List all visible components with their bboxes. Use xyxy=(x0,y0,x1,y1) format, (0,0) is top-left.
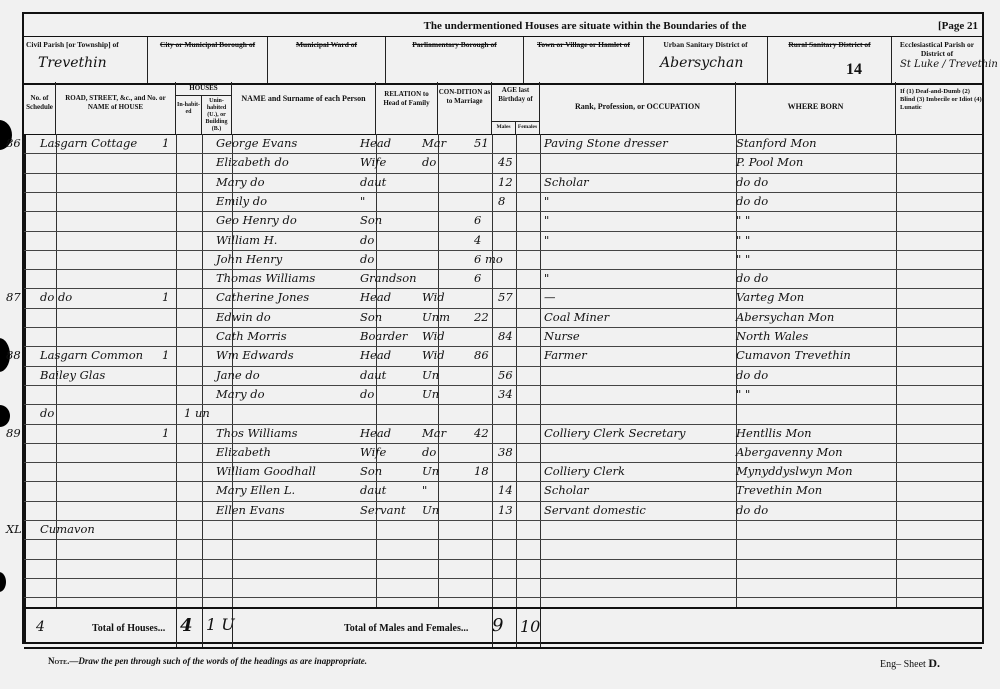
cell-relation: Son xyxy=(360,213,382,227)
parliamentary-borough-label: Parliamentary Borough of xyxy=(386,37,523,49)
cell-name: Mary do xyxy=(216,175,265,189)
cell-female-age: 8 xyxy=(498,194,505,208)
table-row: John Henrydo6 mo" " xyxy=(24,250,982,271)
cell-name: Mary Ellen L. xyxy=(216,483,295,497)
total-males: 9 xyxy=(492,615,503,636)
col-disability: If (1) Deaf-and-Dumb (2) Blind (3) Imbec… xyxy=(896,82,982,134)
col-uninhabited: Unin-habited (U.), or Building (B.) xyxy=(202,96,232,134)
cell-condition: Un xyxy=(422,503,439,517)
table-row: 86Lasgarn Cottage1George EvansHeadMar51P… xyxy=(24,134,982,155)
cell-name: William H. xyxy=(216,233,277,247)
column-headers: No. of Schedule ROAD, STREET, &c., and N… xyxy=(24,82,982,135)
cell-relation: do xyxy=(360,387,374,401)
col-relation: RELATION to Head of Family xyxy=(376,82,438,134)
cell-condition: do xyxy=(422,155,436,169)
cell-occupation: Colliery Clerk Secretary xyxy=(544,426,686,440)
cell-male-age: 86 xyxy=(474,348,489,362)
cell-name: William Goodhall xyxy=(216,464,316,478)
table-row: Edwin doSonUnm22Coal MinerAbersychan Mon xyxy=(24,308,982,329)
col-where-born: WHERE BORN xyxy=(736,82,896,134)
cell-male-age: 22 xyxy=(474,310,489,324)
cell-name: George Evans xyxy=(216,136,297,150)
cell-relation: Head xyxy=(360,290,391,304)
cell-name: Cath Morris xyxy=(216,329,287,343)
cell-born: " " xyxy=(736,252,750,266)
urban-district-label: Urban Sanitary District of xyxy=(644,37,767,49)
cell-name: Thomas Williams xyxy=(216,271,315,285)
table-row: William H.do4"" " xyxy=(24,231,982,252)
table-row: 88Lasgarn Common1Wm EdwardsHeadWid86Farm… xyxy=(24,346,982,367)
page-title: The undermentioned Houses are situate wi… xyxy=(0,20,1000,32)
cell-born: do do xyxy=(736,503,768,517)
cell-name: Elizabeth xyxy=(216,445,271,459)
cell-relation: Boarder xyxy=(360,329,407,343)
cell-female-age: 45 xyxy=(498,155,513,169)
civil-parish-value: Trevethin xyxy=(38,55,107,71)
ecclesiastical-label: Ecclesiastical Parish or District of xyxy=(892,37,982,58)
cell-condition: Mar xyxy=(422,136,446,150)
cell-name: Edwin do xyxy=(216,310,271,324)
ward-cell: Municipal Ward of xyxy=(268,37,386,83)
cell-relation: Servant xyxy=(360,503,406,517)
col-inhabited: In-habit-ed xyxy=(176,96,202,134)
ink-blot xyxy=(0,572,6,592)
cell-born: do do xyxy=(736,175,768,189)
cell-relation: daut xyxy=(360,483,386,497)
cell-inhabited: 1 xyxy=(162,348,169,362)
col-name: NAME and Surname of each Person xyxy=(232,82,376,134)
cell-relation: Son xyxy=(360,464,382,478)
col-houses: HOUSES xyxy=(176,82,232,96)
cell-inhabited: 1 xyxy=(162,426,169,440)
cell-female-age: 14 xyxy=(498,483,513,497)
urban-district-cell: Urban Sanitary District of Abersychan xyxy=(644,37,768,83)
cell-male-age: 6 mo xyxy=(474,252,503,266)
cell-road: Lasgarn Cottage xyxy=(40,136,137,150)
total-persons-label: Total of Males and Females... xyxy=(344,623,468,634)
civil-parish-label: Civil Parish [or Township] of xyxy=(24,37,147,49)
col-road: ROAD, STREET, &c., and No. or NAME of HO… xyxy=(56,82,176,134)
borough-cell: City or Municipal Borough of xyxy=(148,37,268,83)
cell-born: Abersychan Mon xyxy=(736,310,834,324)
borough-label: City or Municipal Borough of xyxy=(148,37,267,49)
table-row: Geo Henry doSon6"" " xyxy=(24,211,982,232)
cell-uninhabited: 1 un xyxy=(184,406,210,420)
census-page: The undermentioned Houses are situate wi… xyxy=(0,0,1000,689)
cell-condition: Un xyxy=(422,464,439,478)
urban-district-value: Abersychan xyxy=(660,55,743,71)
cell-born: do do xyxy=(736,368,768,382)
cell-relation: Head xyxy=(360,426,391,440)
cell-female-age: 12 xyxy=(498,175,513,189)
cell-occupation: " xyxy=(544,213,549,227)
cell-born: Hentllis Mon xyxy=(736,426,812,440)
page-number: [Page 21 xyxy=(938,20,978,32)
cell-born: do do xyxy=(736,194,768,208)
cell-born: do do xyxy=(736,271,768,285)
cell-relation: " xyxy=(360,194,365,208)
table-row: William GoodhallSonUn18Colliery ClerkMyn… xyxy=(24,462,982,483)
cell-male-age: 42 xyxy=(474,426,489,440)
cell-road: do xyxy=(40,406,54,420)
cell-condition: Mar xyxy=(422,426,446,440)
cell-occupation: Paving Stone dresser xyxy=(544,136,668,150)
cell-female-age: 84 xyxy=(498,329,513,343)
cell-born: " " xyxy=(736,387,750,401)
cell-born: Abergavenny Mon xyxy=(736,445,843,459)
ward-label: Municipal Ward of xyxy=(268,37,385,49)
cell-male-age: 51 xyxy=(474,136,489,150)
cell-male-age: 6 xyxy=(474,213,481,227)
town-cell: Town or Village or Hamlet of xyxy=(524,37,644,83)
cell-relation: Wife xyxy=(360,445,386,459)
cell-occupation: " xyxy=(544,271,549,285)
cell-female-age: 34 xyxy=(498,387,513,401)
cell-occupation: Scholar xyxy=(544,175,589,189)
table-row xyxy=(24,559,982,580)
cell-condition: Unm xyxy=(422,310,450,324)
cell-male-age: 6 xyxy=(474,271,481,285)
rural-district-cell: Rural Sanitary District of 14 xyxy=(768,37,892,83)
cell-schedule: 86 xyxy=(6,136,21,150)
cell-road: Cumavon xyxy=(40,522,95,536)
rural-district-value: 14 xyxy=(846,61,862,79)
table-row: do1 un xyxy=(24,404,982,425)
cell-relation: Grandson xyxy=(360,271,417,285)
cell-male-age: 18 xyxy=(474,464,489,478)
cell-relation: do xyxy=(360,252,374,266)
cell-schedule: 88 xyxy=(6,348,21,362)
cell-inhabited: 1 xyxy=(162,290,169,304)
table-row: Emily do"8"do do xyxy=(24,192,982,213)
cell-name: Thos Williams xyxy=(216,426,298,440)
cell-schedule: XL xyxy=(6,522,22,536)
cell-name: Elizabeth do xyxy=(216,155,289,169)
column-rule xyxy=(982,134,984,644)
cell-name: Ellen Evans xyxy=(216,503,285,517)
cell-occupation: " xyxy=(544,194,549,208)
table-row: 87do do1Catherine JonesHeadWid57—Varteg … xyxy=(24,288,982,309)
col-males: Males xyxy=(492,122,516,134)
cell-born: P. Pool Mon xyxy=(736,155,803,169)
cell-name: Mary do xyxy=(216,387,265,401)
cell-relation: daut xyxy=(360,175,386,189)
cell-road: Bailey Glas xyxy=(40,368,105,382)
footer-note: Note.—Draw the pen through such of the w… xyxy=(48,656,367,666)
cell-occupation: Servant domestic xyxy=(544,503,646,517)
col-schedule: No. of Schedule xyxy=(24,82,56,134)
table-row: Bailey GlasJane dodautUn56do do xyxy=(24,366,982,387)
table-row: Mary dodaut12Scholardo do xyxy=(24,173,982,194)
cell-schedule: 89 xyxy=(6,426,21,440)
table-row: XLCumavon xyxy=(24,520,982,541)
cell-relation: Head xyxy=(360,348,391,362)
cell-relation: Wife xyxy=(360,155,386,169)
total-schedules: 4 xyxy=(36,619,45,635)
rural-district-label: Rural Sanitary District of xyxy=(768,37,891,49)
ecclesiastical-cell: Ecclesiastical Parish or District of St … xyxy=(892,37,982,83)
cell-name: Jane do xyxy=(216,368,260,382)
cell-occupation: " xyxy=(544,233,549,247)
table-row: ElizabethWifedo38Abergavenny Mon xyxy=(24,443,982,464)
cell-name: Emily do xyxy=(216,194,267,208)
cell-name: Wm Edwards xyxy=(216,348,294,362)
table-row: Mary Ellen L.daut"14ScholarTrevethin Mon xyxy=(24,481,982,502)
col-condition: CON-DITION as to Marriage xyxy=(438,82,492,134)
cell-female-age: 13 xyxy=(498,503,513,517)
col-age: AGE last Birthday of xyxy=(492,82,540,122)
table-row: Ellen EvansServantUn13Servant domesticdo… xyxy=(24,501,982,522)
cell-road: Lasgarn Common xyxy=(40,348,143,362)
town-label: Town or Village or Hamlet of xyxy=(524,37,643,49)
cell-occupation: Nurse xyxy=(544,329,580,343)
cell-name: Catherine Jones xyxy=(216,290,309,304)
table-row: Mary dodoUn34" " xyxy=(24,385,982,406)
cell-female-age: 57 xyxy=(498,290,513,304)
cell-occupation: Scholar xyxy=(544,483,589,497)
table-row xyxy=(24,539,982,560)
cell-occupation: Coal Miner xyxy=(544,310,609,324)
total-uninhabited: 1 U xyxy=(206,615,235,634)
cell-road: do do xyxy=(40,290,72,304)
ink-blot xyxy=(0,405,10,427)
table-row: Cath MorrisBoarderWid84NurseNorth Wales xyxy=(24,327,982,348)
cell-born: Mynyddyslwyn Mon xyxy=(736,464,852,478)
cell-born: North Wales xyxy=(736,329,808,343)
total-houses-label: Total of Houses... xyxy=(92,623,165,634)
cell-occupation: Colliery Clerk xyxy=(544,464,625,478)
total-inhabited: 4 xyxy=(180,615,193,636)
sheet-reference: Eng– Sheet D. xyxy=(880,656,940,671)
cell-inhabited: 1 xyxy=(162,136,169,150)
cell-relation: daut xyxy=(360,368,386,382)
cell-condition: Wid xyxy=(422,290,445,304)
cell-born: Trevethin Mon xyxy=(736,483,822,497)
cell-occupation: — xyxy=(544,290,556,304)
cell-relation: Head xyxy=(360,136,391,150)
civil-parish-cell: Civil Parish [or Township] of Trevethin xyxy=(24,37,148,83)
boundary-header: Civil Parish [or Township] of Trevethin … xyxy=(24,36,982,85)
cell-born: Stanford Mon xyxy=(736,136,817,150)
cell-born: " " xyxy=(736,213,750,227)
cell-female-age: 56 xyxy=(498,368,513,382)
cell-condition: Wid xyxy=(422,329,445,343)
cell-schedule: 87 xyxy=(6,290,21,304)
table-row: 891Thos WilliamsHeadMar42Colliery Clerk … xyxy=(24,424,982,445)
cell-occupation: Farmer xyxy=(544,348,587,362)
col-females: Females xyxy=(516,122,540,134)
cell-female-age: 38 xyxy=(498,445,513,459)
ecclesiastical-value: St Luke / Trevethin xyxy=(900,59,998,70)
cell-relation: do xyxy=(360,233,374,247)
cell-male-age: 4 xyxy=(474,233,481,247)
table-row xyxy=(24,578,982,599)
table-row: Thomas WilliamsGrandson6"do do xyxy=(24,269,982,290)
cell-name: Geo Henry do xyxy=(216,213,297,227)
cell-born: " " xyxy=(736,233,750,247)
cell-relation: Son xyxy=(360,310,382,324)
col-occupation: Rank, Profession, or OCCUPATION xyxy=(540,82,736,134)
cell-condition: Un xyxy=(422,368,439,382)
cell-born: Varteg Mon xyxy=(736,290,804,304)
cell-condition: do xyxy=(422,445,436,459)
cell-condition: Un xyxy=(422,387,439,401)
cell-name: John Henry xyxy=(216,252,282,266)
total-females: 10 xyxy=(520,617,540,636)
parliamentary-borough-cell: Parliamentary Borough of xyxy=(386,37,524,83)
table-row: Elizabeth doWifedo45P. Pool Mon xyxy=(24,153,982,174)
cell-born: Cumavon Trevethin xyxy=(736,348,851,362)
cell-condition: Wid xyxy=(422,348,445,362)
totals-row: 4 Total of Houses... 4 1 U Total of Male… xyxy=(24,607,982,649)
cell-condition: " xyxy=(422,483,427,497)
